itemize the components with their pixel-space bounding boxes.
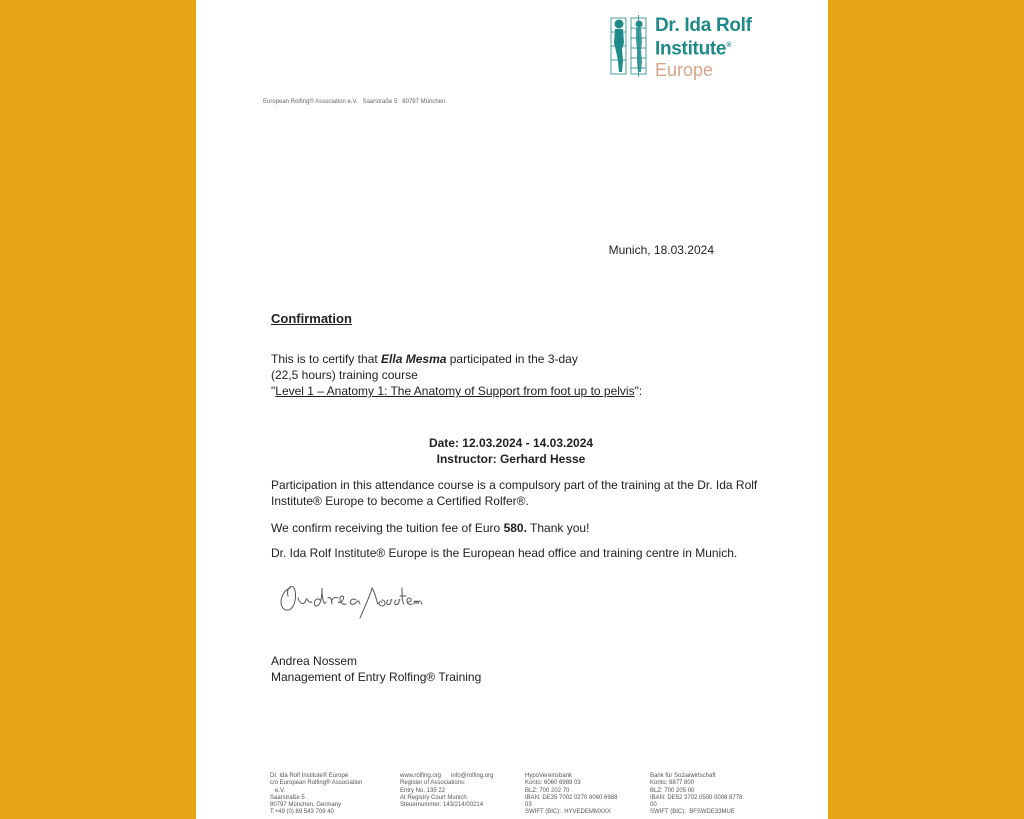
certify-prefix: This is to certify that [271,352,381,366]
quote-close: ": [635,384,643,398]
footer-line: Bank für Sozialwirtschaft [650,773,742,780]
footer-line: Register of Associations: [400,780,493,787]
footer-line: 03 [525,802,617,809]
footer-line: SWIFT (BIC): HYVEDEMMXXX [525,809,617,816]
institute-logo: Dr. Ida Rolf Institute® Europe [609,14,759,78]
footer-line: Entry No. 135 22 [400,788,493,795]
participant-name: Ella Mesma [381,352,446,366]
footer-registry-column: www.rolfing.org info@rolfing.orgRegister… [400,773,493,809]
footer-line: Saarstraße 5 [270,795,362,802]
fee-suffix: Thank you! [527,521,589,535]
signatory-name: Andrea Nossem [271,653,761,669]
footer-address-column: Dr. Ida Rolf Institute® Europec/o Europe… [270,773,362,817]
registered-mark: ® [726,42,731,49]
signatory-title: Management of Entry Rolfing® Training [271,669,761,685]
participation-paragraph: Participation in this attendance course … [271,477,761,509]
fee-paragraph: We confirm receiving the tuition fee of … [271,520,761,536]
document-heading: Confirmation [271,311,352,326]
footer-line: IBAN: DE35 7002 0270 6060 6988 [525,795,617,802]
course-date: Date: 12.03.2024 - 14.03.2024 [271,435,751,451]
footer-line: SWIFT (BIC): BFSWDE33MUE [650,809,742,816]
handwritten-signature [276,574,446,624]
footer-line: T:+49 (0) 89 543 709 40 [270,809,362,816]
logo-institute-text: Institute [655,38,726,59]
certify-suffix: participated in the 3-day [446,352,577,366]
logo-line-1: Dr. Ida Rolf [655,16,752,36]
course-details: Date: 12.03.2024 - 14.03.2024 Instructor… [271,435,751,467]
footer-bank1-column: HypoVereinsbankKonto: 6060 6988 03BLZ: 7… [525,773,617,817]
anatomy-figures-icon [609,14,649,78]
footer-line: IBAN: DE52 3702 0500 0008 8778 [650,795,742,802]
logo-wordmark: Dr. Ida Rolf Institute® Europe [655,16,752,81]
certification-paragraph: This is to certify that Ella Mesma parti… [271,351,761,399]
course-duration: (22,5 hours) training course [271,368,418,382]
logo-line-3: Europe [655,59,752,81]
fee-prefix: We confirm receiving the tuition fee of … [271,521,504,535]
footer-line: Konto: 8877 800 [650,780,742,787]
logo-line-2: Institute® [655,36,752,59]
place-and-date: Munich, 18.03.2024 [609,243,714,257]
footer-line: Konto: 6060 6988 03 [525,780,617,787]
footer-line: Steuernummer: 143/214/00214 [400,802,493,809]
course-instructor: Instructor: Gerhard Hesse [271,451,751,467]
footer-line: www.rolfing.org info@rolfing.org [400,773,493,780]
footer-line: At Registry Court Munich [400,795,493,802]
footer-line: HypoVereinsbank [525,773,617,780]
footer-line: 80797 München, Germany [270,802,362,809]
footer-line: c/o European Rolfing® Association [270,780,362,787]
fee-amount: 580. [504,521,527,535]
document-page: Dr. Ida Rolf Institute® Europe European … [196,0,828,819]
signatory-block: Andrea Nossem Management of Entry Rolfin… [271,653,761,685]
footer-line: 00 [650,802,742,809]
course-title: Level 1 – Anatomy 1: The Anatomy of Supp… [275,384,634,398]
sender-address-line: European Rolfing® Association e.V. Saars… [263,99,445,105]
footer-line: BLZ: 700 202 70 [525,788,617,795]
head-office-paragraph: Dr. Ida Rolf Institute® Europe is the Eu… [271,545,761,561]
footer-line: e.V. [270,788,362,795]
footer-line: BLZ: 700 205 00 [650,788,742,795]
footer-bank2-column: Bank für SozialwirtschaftKonto: 8877 800… [650,773,742,817]
